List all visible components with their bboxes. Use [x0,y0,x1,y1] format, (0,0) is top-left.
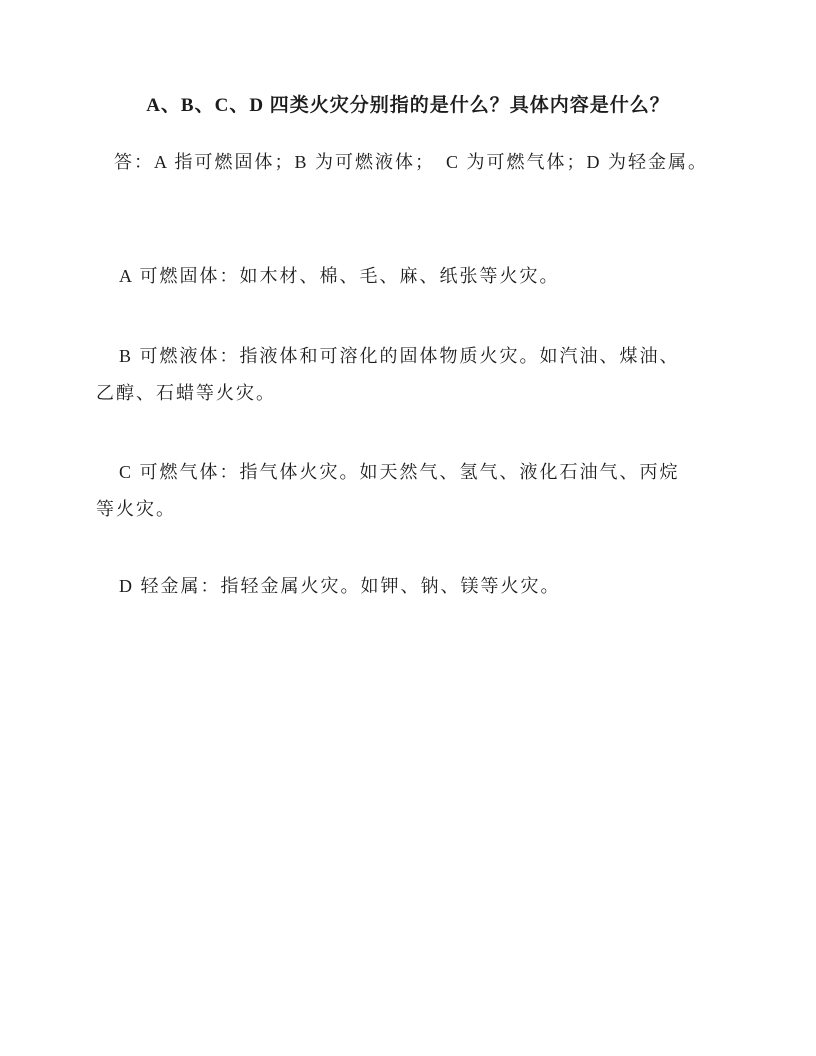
paragraph-text-line: C 可燃气体：指气体火灾。如天然气、氢气、液化石油气、丙烷 [96,454,712,491]
answer-summary-line: 答：A 指可燃固体；B 为可燃液体； C 为可燃气体；D 为轻金属。 [96,144,712,181]
paragraph-class-d-light-metal: D 轻金属：指轻金属火灾。如钾、钠、镁等火灾。 [96,568,712,605]
paragraph-class-c-gas: C 可燃气体：指气体火灾。如天然气、氢气、液化石油气、丙烷 等火灾。 [96,454,712,528]
paragraph-class-a-solid: A 可燃固体：如木材、棉、毛、麻、纸张等火灾。 [96,258,712,295]
document-page: A、B、C、D 四类火灾分别指的是什么？具体内容是什么？ 答：A 指可燃固体；B… [0,0,816,1056]
paragraph-text-line: 等火灾。 [96,491,712,528]
question-title: A、B、C、D 四类火灾分别指的是什么？具体内容是什么？ [96,90,720,122]
paragraph-text-line: A 可燃固体：如木材、棉、毛、麻、纸张等火灾。 [96,258,712,295]
paragraph-text-line: B 可燃液体：指液体和可溶化的固体物质火灾。如汽油、煤油、 [96,338,712,375]
paragraph-text-line: 乙醇、石蜡等火灾。 [96,375,712,412]
paragraph-class-b-liquid: B 可燃液体：指液体和可溶化的固体物质火灾。如汽油、煤油、 乙醇、石蜡等火灾。 [96,338,712,412]
paragraph-text-line: D 轻金属：指轻金属火灾。如钾、钠、镁等火灾。 [96,568,712,605]
